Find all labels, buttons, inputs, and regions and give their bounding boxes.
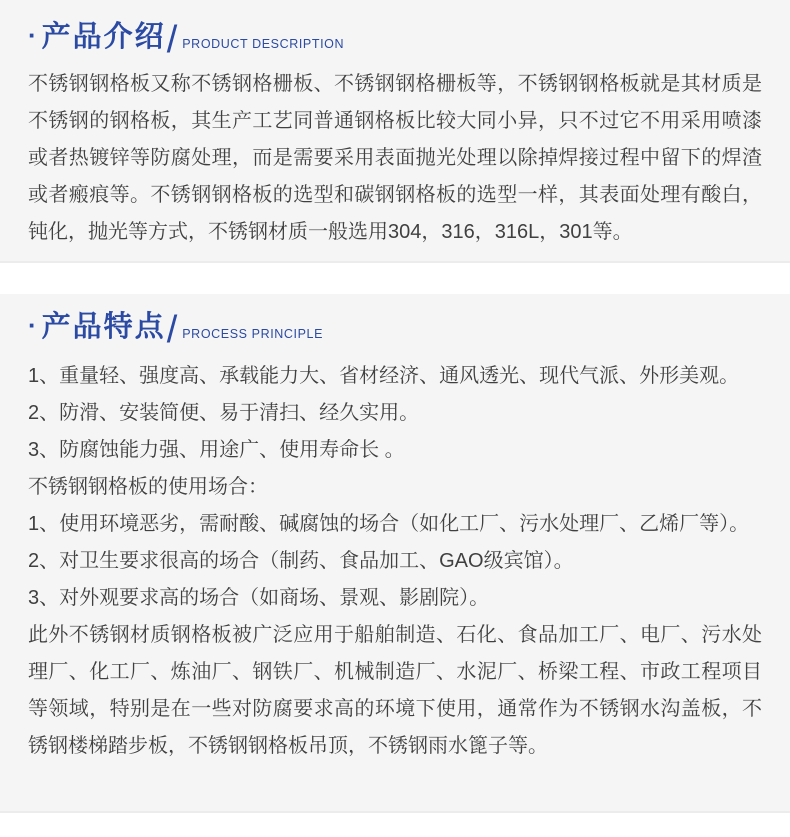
usage-occasion-2: 2、对卫生要求很高的场合（制药、食品加工、GAO级宾馆）。 [28,543,762,580]
section-header-product-features: · 产品特点 / PROCESS PRINCIPLE [28,294,762,344]
section-title-cn: 产品介绍 [42,20,166,54]
section-title-en: PROCESS PRINCIPLE [182,327,323,344]
section-header-product-description: · 产品介绍 / PRODUCT DESCRIPTION [28,0,762,54]
feature-line-2: 2、防滑、安装简便、易于清扫、经久实用。 [28,395,762,432]
product-description-paragraph: 不锈钢钢格板又称不锈钢格栅板、不锈钢钢格栅板等，不锈钢钢格板就是其材质是不锈钢的… [28,66,762,251]
feature-line-3: 3、防腐蚀能力强、用途广、使用寿命长 。 [28,432,762,469]
section-title-en: PRODUCT DESCRIPTION [182,37,344,54]
header-slash-divider: / [167,314,178,346]
product-description-section: · 产品介绍 / PRODUCT DESCRIPTION 不锈钢钢格板又称不锈钢… [0,0,790,263]
applications-paragraph: 此外不锈钢材质钢格板被广泛应用于船舶制造、石化、食品加工厂、电厂、污水处理厂、化… [28,617,762,765]
feature-line-1: 1、重量轻、强度高、承载能力大、省材经济、通风透光、现代气派、外形美观。 [28,358,762,395]
usage-occasion-1: 1、使用环境恶劣，需耐酸、碱腐蚀的场合（如化工厂、污水处理厂、乙烯厂等）。 [28,506,762,543]
usage-occasions-heading: 不锈钢钢格板的使用场合： [28,469,762,506]
header-bullet-dot: · [28,20,37,50]
header-bullet-dot: · [28,310,37,340]
section-title-cn: 产品特点 [42,310,166,344]
feature-list: 1、重量轻、强度高、承载能力大、省材经济、通风透光、现代气派、外形美观。 2、防… [28,358,762,765]
product-features-section: · 产品特点 / PROCESS PRINCIPLE 1、重量轻、强度高、承载能… [0,294,790,813]
header-slash-divider: / [167,24,178,56]
usage-occasion-3: 3、对外观要求高的场合（如商场、景观、影剧院）。 [28,580,762,617]
